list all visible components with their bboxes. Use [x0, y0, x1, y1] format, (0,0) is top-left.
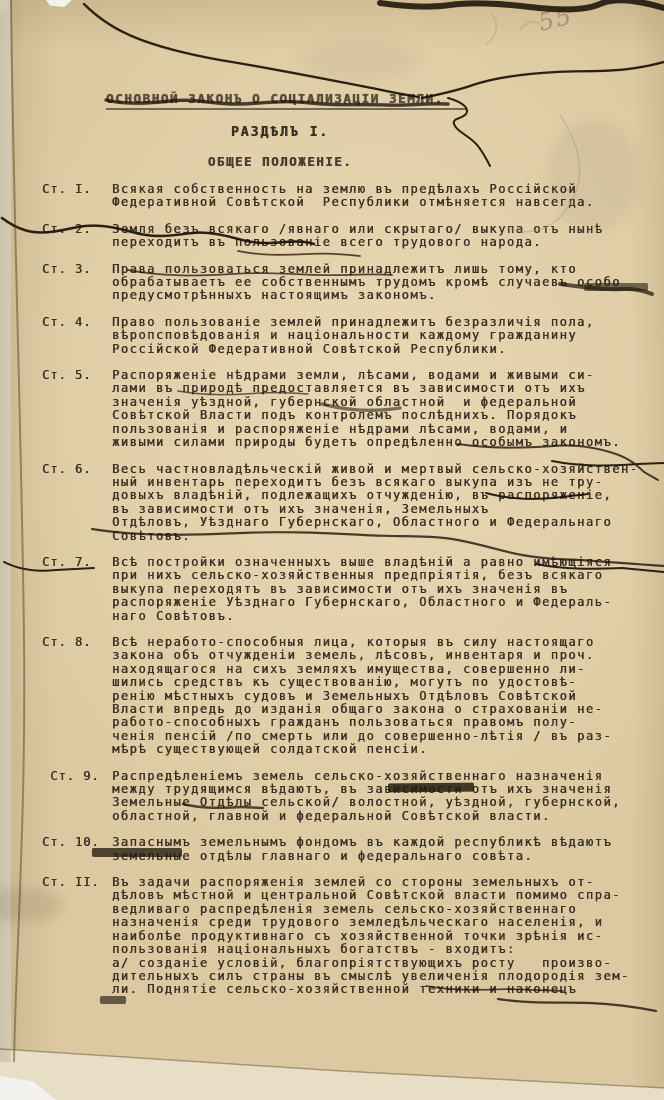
article-row: Ст. I. Всякая собственность на землю въ … [42, 183, 650, 210]
article-row: Ст. 2. Земля безъ всякаго /явнаго или ск… [42, 223, 650, 250]
article-row: Ст. 9. Распредѣленіемъ земель сельско-хо… [42, 770, 650, 824]
article-number: Ст. I. [42, 183, 112, 210]
article-text: Земля безъ всякаго /явнаго или скрытаго/… [112, 223, 650, 250]
article-row: Ст. 8. Всѣ неработо-способныя лица, кото… [42, 636, 650, 757]
subsection-heading: ОБЩЕЕ ПОЛОЖЕНІЕ. [0, 154, 560, 169]
article-number: Ст. 4. [42, 316, 112, 356]
article-number: Ст. 6. [42, 463, 112, 543]
article-row: Ст. 5. Распоряженіе нѣдрами земли, лѣсам… [42, 369, 650, 449]
section-heading: РАЗДѢЛЪ I. [0, 125, 560, 140]
document-title: ОСНОВНОЙ ЗАКОНЪ О СОЦІАЛИЗАЦІИ ЗЕМЛИ. [106, 91, 466, 110]
article-row: Ст. 10. Запаснымъ земельнымъ фондомъ въ … [42, 836, 650, 863]
article-text: Всѣ постройки означенныхъ выше владѣній … [112, 556, 650, 623]
article-number: Ст. 3. [42, 263, 112, 303]
article-row: Ст. 3. Права пользоваться землей принадл… [42, 263, 650, 303]
article-number: Ст. 10. [42, 836, 112, 863]
article-text: Право пользованіе землей принадлежитъ бе… [112, 316, 650, 356]
article-number: Ст. 9. [42, 770, 112, 824]
scanned-page: 55 ОСНОВНОЙ ЗАКОНЪ О СОЦІАЛИЗАЦІИ ЗЕМЛИ.… [0, 0, 664, 1100]
article-number: Ст. 8. [42, 636, 112, 757]
article-text: Запаснымъ земельнымъ фондомъ въ каждой р… [112, 836, 650, 863]
article-row: Ст. II. Въ задачи распоряженія землей со… [42, 876, 650, 997]
article-text: Въ задачи распоряженія землей со стороны… [112, 876, 650, 997]
article-number: Ст. 2. [42, 223, 112, 250]
article-number: Ст. 7. [42, 556, 112, 623]
article-text: Весь частновладѣльческій живой и мертвый… [112, 463, 650, 543]
articles-list: Ст. I. Всякая собственность на землю въ … [42, 183, 650, 1010]
article-number: Ст. 5. [42, 369, 112, 449]
article-text: Права пользоваться землей принадлежитъ л… [112, 263, 650, 303]
article-number: Ст. II. [42, 876, 112, 997]
paper-stain [300, 40, 420, 80]
article-row: Ст. 7. Всѣ постройки означенныхъ выше вл… [42, 556, 650, 623]
article-text: Всякая собственность на землю въ предѣла… [112, 183, 650, 210]
article-text: Всѣ неработо-способныя лица, которыя въ … [112, 636, 650, 757]
article-row: Ст. 4. Право пользованіе землей принадле… [42, 316, 650, 356]
article-row: Ст. 6. Весь частновладѣльческій живой и … [42, 463, 650, 543]
article-text: Распредѣленіемъ земель сельско-хозяйстве… [112, 770, 650, 824]
article-text: Распоряженіе нѣдрами земли, лѣсами, вода… [112, 369, 650, 449]
